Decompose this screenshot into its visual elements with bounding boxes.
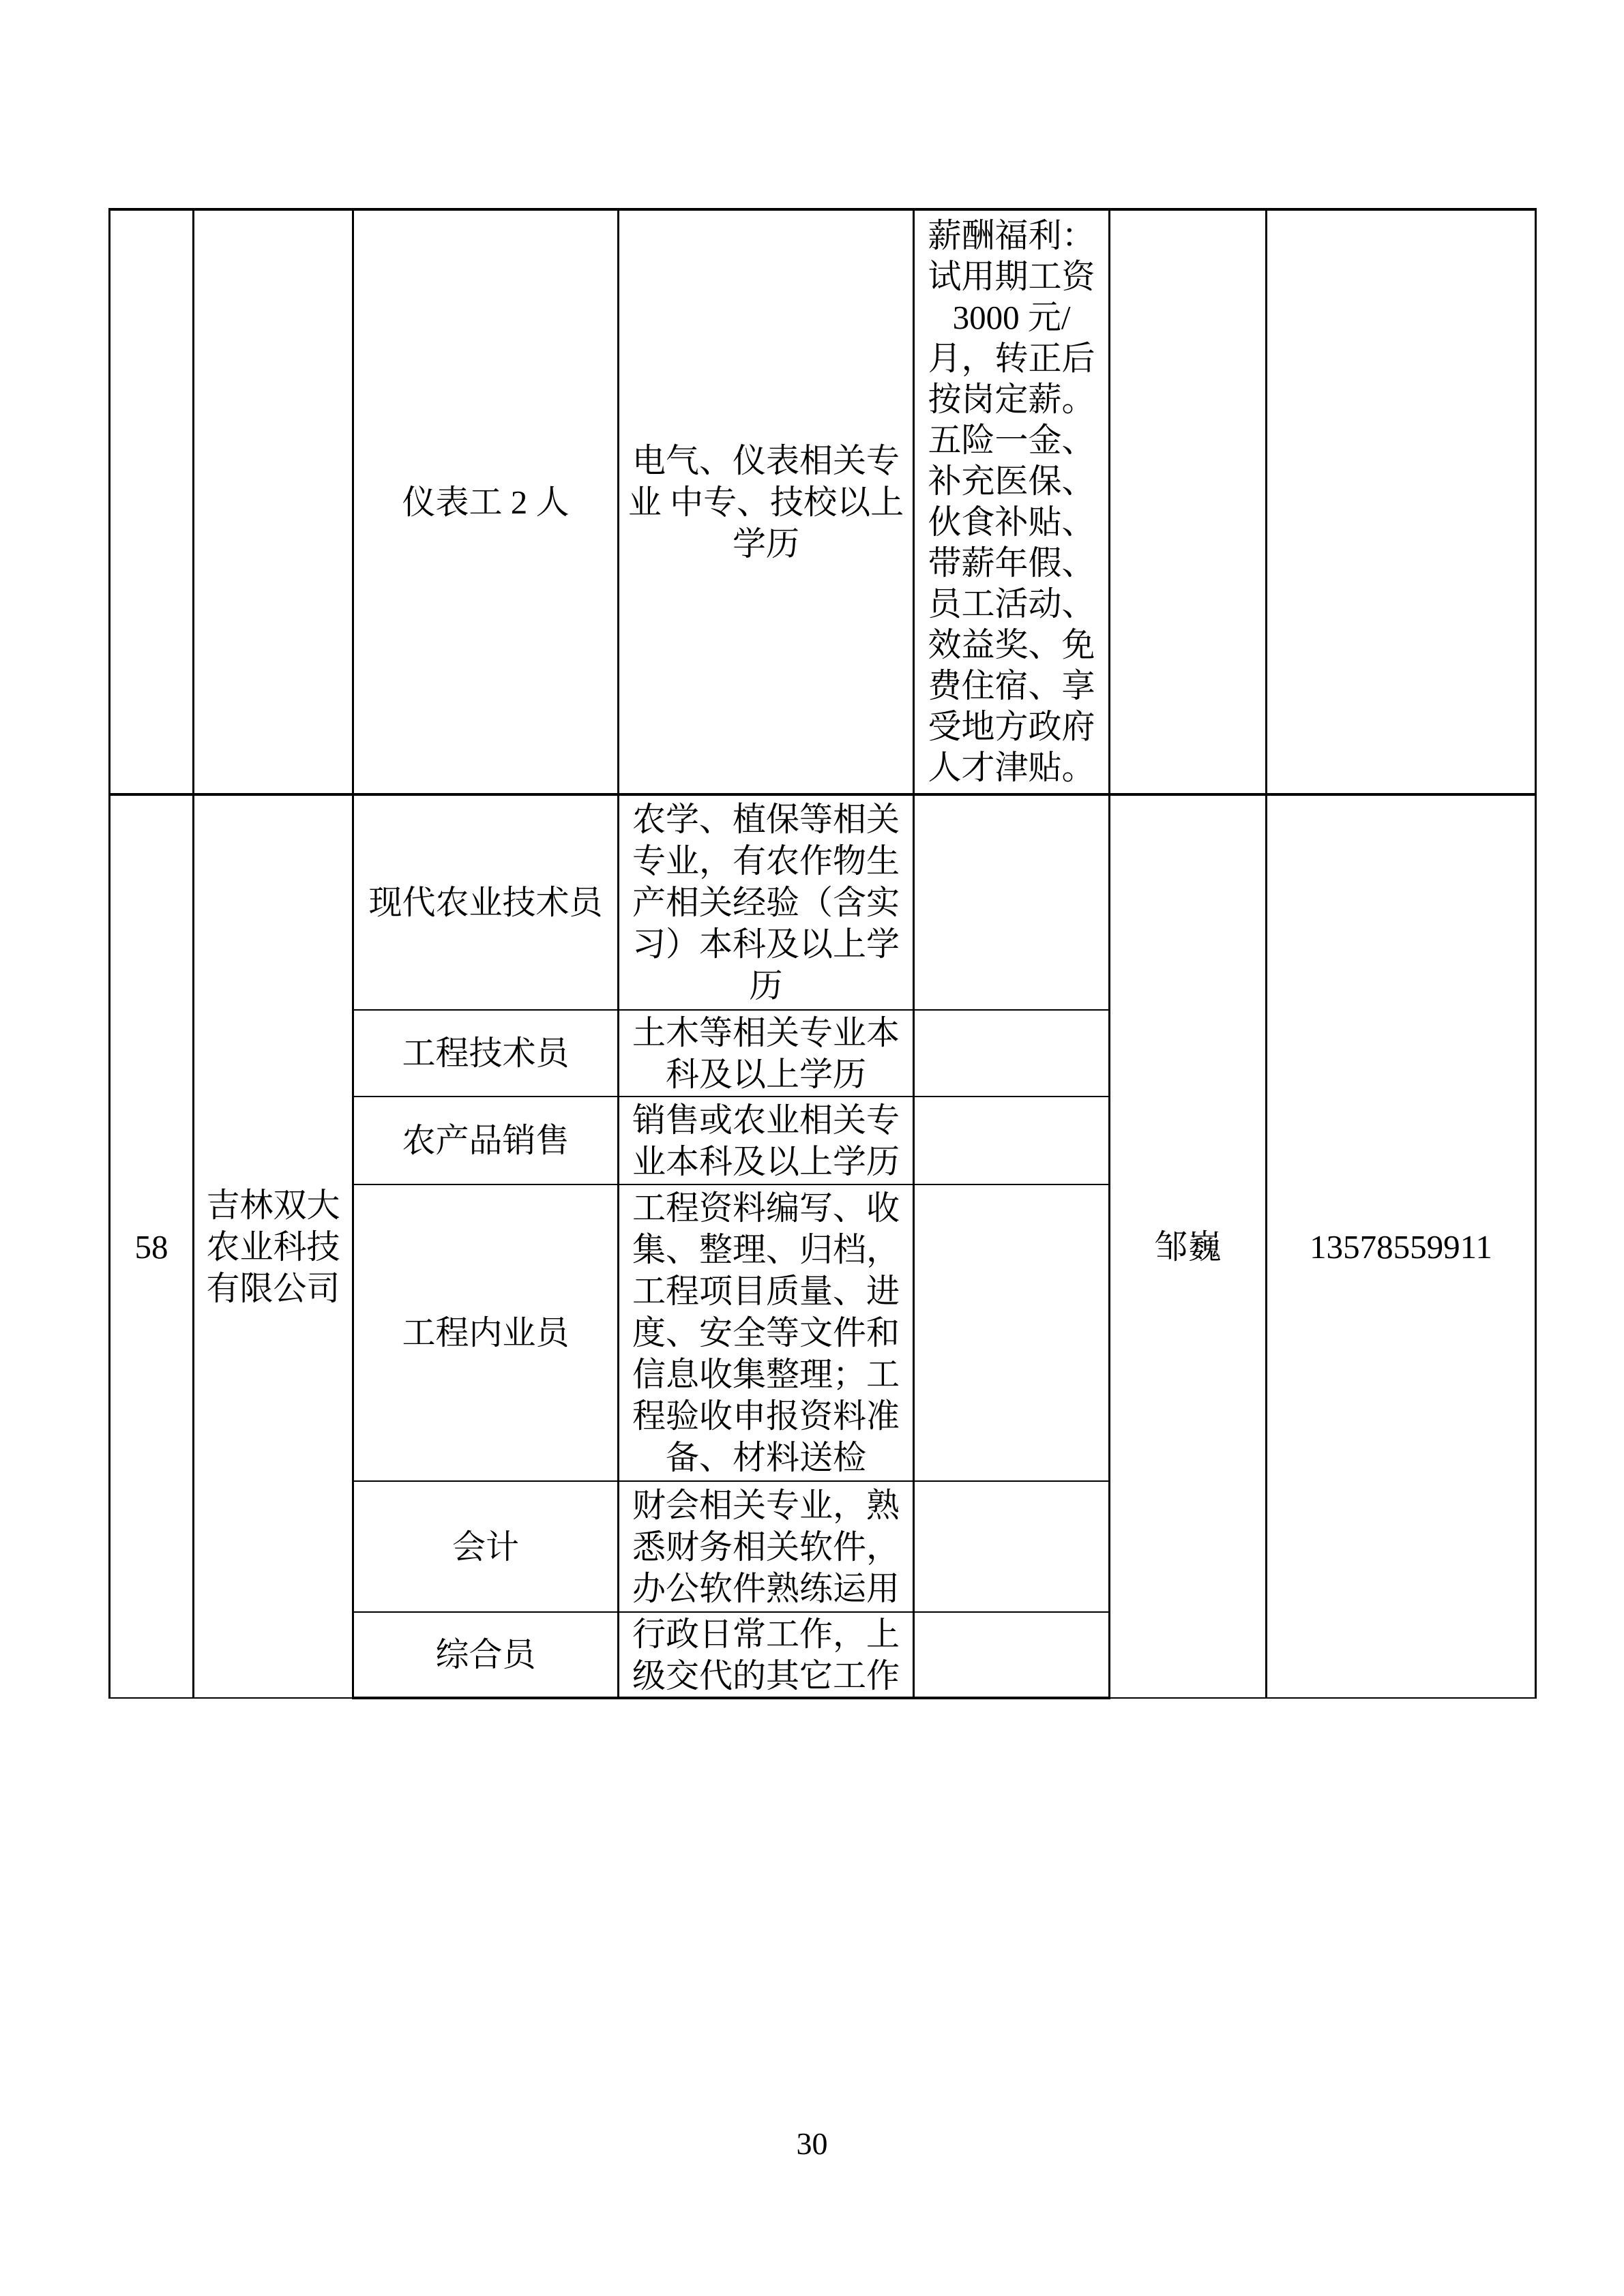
cell-requirements: 销售或农业相关专业本科及以上学历	[619, 1097, 914, 1184]
cell-position: 仪表工 2 人	[353, 209, 619, 794]
cell-benefits	[914, 1481, 1110, 1612]
cell-phone: 13578559911	[1267, 794, 1536, 1698]
cell-position: 会计	[353, 1481, 619, 1612]
company-row-continued: 仪表工 2 人 电气、仪表相关专业 中专、技校以上学历 薪酬福利：试用期工资 3…	[110, 209, 1536, 794]
recruitment-table: 仪表工 2 人 电气、仪表相关专业 中专、技校以上学历 薪酬福利：试用期工资 3…	[108, 208, 1537, 1699]
cell-company: 吉林双大农业科技有限公司	[194, 794, 353, 1698]
cell-benefits	[914, 1010, 1110, 1097]
position-row: 58 吉林双大农业科技有限公司 现代农业技术员 农学、植保等相关专业，有农作物生…	[110, 794, 1536, 1010]
cell-position: 工程内业员	[353, 1184, 619, 1481]
cell-company	[194, 209, 353, 794]
cell-benefits	[914, 794, 1110, 1010]
page-number: 30	[0, 2126, 1624, 2162]
cell-position: 农产品销售	[353, 1097, 619, 1184]
cell-benefits	[914, 1097, 1110, 1184]
cell-requirements: 财会相关专业，熟悉财务相关软件，办公软件熟练运用	[619, 1481, 914, 1612]
cell-requirements: 农学、植保等相关专业，有农作物生产相关经验（含实习）本科及以上学历	[619, 794, 914, 1010]
cell-contact: 邹巍	[1110, 794, 1267, 1698]
cell-position: 综合员	[353, 1612, 619, 1698]
cell-seq	[110, 209, 194, 794]
cell-contact	[1110, 209, 1267, 794]
cell-benefits	[914, 1612, 1110, 1698]
cell-seq: 58	[110, 794, 194, 1698]
cell-requirements: 土木等相关专业本科及以上学历	[619, 1010, 914, 1097]
document-page: 仪表工 2 人 电气、仪表相关专业 中专、技校以上学历 薪酬福利：试用期工资 3…	[0, 0, 1624, 2296]
cell-position: 现代农业技术员	[353, 794, 619, 1010]
cell-requirements: 行政日常工作，上级交代的其它工作	[619, 1612, 914, 1698]
cell-requirements: 电气、仪表相关专业 中专、技校以上学历	[619, 209, 914, 794]
cell-benefits: 薪酬福利：试用期工资 3000 元/月，转正后按岗定薪。五险一金、补充医保、伙食…	[914, 209, 1110, 794]
cell-requirements: 工程资料编写、收集、整理、归档，工程项目质量、进度、安全等文件和信息收集整理；工…	[619, 1184, 914, 1481]
cell-phone	[1267, 209, 1536, 794]
cell-benefits	[914, 1184, 1110, 1481]
cell-position: 工程技术员	[353, 1010, 619, 1097]
